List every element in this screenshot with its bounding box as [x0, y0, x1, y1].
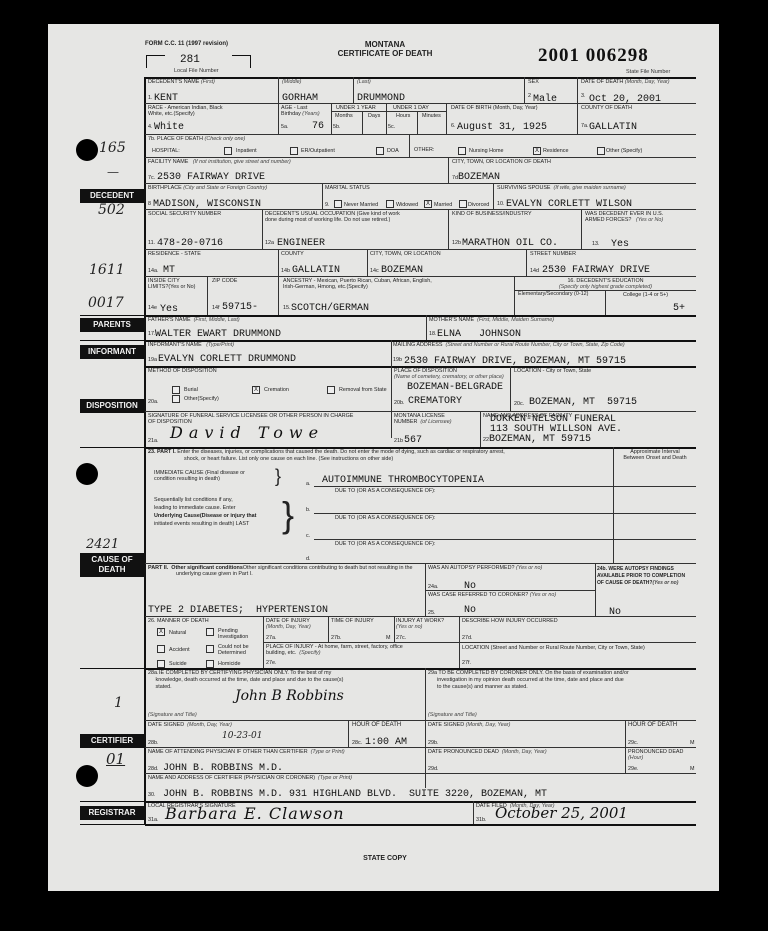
field-num: 28d. [148, 766, 159, 772]
undetermined-label: Could not be Determined [218, 644, 263, 656]
field-num: 31a. [148, 817, 159, 823]
margin-note: 1611 [89, 262, 125, 278]
field-num: 7c. [148, 175, 155, 181]
res-state-label: RESIDENCE - STATE [148, 251, 201, 257]
local-file-number: 281 [180, 55, 200, 66]
divider [145, 411, 696, 412]
field-num: 4. [148, 124, 153, 130]
undetermined-checkbox[interactable] [206, 645, 214, 653]
hours-label: Hours [396, 113, 410, 119]
field-num: 14f [212, 305, 220, 311]
res-street: 2530 FAIRWAY DRIVE [542, 265, 650, 276]
field-num: 1. [148, 95, 153, 101]
pending-label: Pending Investigation [218, 628, 263, 640]
city-of-death-label: CITY, TOWN, OR LOCATION OF DEATH [452, 159, 551, 165]
field-num: 29d. [428, 766, 439, 772]
divider [353, 77, 354, 103]
cremation-checkbox[interactable]: X [252, 386, 260, 394]
disposition-location-label: LOCATION - City or Town, State [514, 368, 591, 374]
field-num: 12b [452, 240, 461, 246]
inpatient-checkbox[interactable] [224, 147, 232, 155]
divider [331, 103, 332, 134]
divider [425, 590, 595, 591]
part1-text: shock, or heart failure. List only one c… [184, 456, 393, 462]
informant-name: EVALYN CORLETT DRUMMOND [158, 354, 296, 365]
divider [605, 290, 606, 315]
accident-label: Accident [169, 647, 190, 653]
state-name: MONTANA [345, 40, 425, 49]
sig-title-label: (Signature and Title) [148, 712, 197, 718]
decedent-age: 76 [312, 121, 324, 132]
ssn: 478-20-0716 [157, 238, 223, 249]
days-label: Days [368, 113, 380, 119]
widowed-checkbox[interactable] [386, 200, 394, 208]
other-label: OTHER: [414, 147, 434, 153]
divider [526, 249, 527, 276]
divider [278, 77, 279, 134]
field-num: 8 [148, 201, 151, 207]
brace-icon: } [275, 466, 281, 487]
divider [391, 340, 392, 366]
divider [480, 411, 481, 447]
local-file-bracket [232, 55, 251, 68]
facility-line-3: BOZEMAN, MT 59715 [489, 434, 591, 445]
part2-text: underlying cause given in Part I. [176, 571, 253, 577]
certifier-name-address: JOHN B. ROBBINS M.D. 931 HIGHLAND BLVD. … [163, 789, 547, 800]
burial-label: Burial [184, 387, 198, 393]
sex-label: SEX [528, 79, 539, 85]
section-tab-cause-of-death: CAUSE OF DEATH [80, 553, 144, 577]
divider [328, 616, 329, 642]
business: MARATHON OIL CO. [462, 238, 558, 249]
divider [348, 720, 349, 747]
facility-label: FACILITY NAME (If not institution, give … [148, 159, 291, 165]
res-county-label: COUNTY [281, 251, 304, 257]
section-tab-registrar: REGISTRAR [80, 806, 144, 820]
date-filed: October 25, 2001 [495, 804, 628, 822]
funeral-signature: David Towe [170, 423, 324, 442]
name-last-label: (Last) [357, 79, 371, 85]
field-num: M [690, 766, 695, 772]
field-num: 27c. [396, 635, 406, 641]
divider [145, 157, 696, 158]
immediate-cause-label: IMMEDIATE CAUSE (Final disease orconditi… [154, 470, 245, 482]
ancestry: SCOTCH/GERMAN [291, 303, 369, 314]
line-b-label: b. [306, 507, 311, 513]
field-num: 27d. [462, 635, 473, 641]
ancestry-label: ANCESTRY - Mexican, Puerto Rican, Cuban,… [283, 278, 432, 290]
line-a-label: a. [306, 481, 311, 487]
punch-hole [76, 765, 98, 787]
race-label: RACE - American Indian, BlackWhite, etc.… [148, 105, 223, 117]
accident-checkbox[interactable] [157, 645, 165, 653]
other-disposition-checkbox[interactable] [172, 395, 180, 403]
field-num: 5b. [333, 124, 341, 130]
res-city-label: CITY, TOWN, OR LOCATION [370, 251, 441, 257]
pronounced-hour-label: PRONOUNCED DEAD(Hour) [628, 749, 683, 761]
divider [613, 447, 614, 563]
form-id: FORM C.C. 11 (1997 revision) [145, 41, 228, 47]
divider [145, 824, 696, 826]
field-num: 27b. [331, 635, 342, 641]
occupation-label: DECEDENT'S USUAL OCCUPATION (Give kind o… [265, 211, 400, 223]
place-line-1: BOZEMAN-BELGRADE [407, 382, 503, 393]
res-county: GALLATIN [292, 265, 340, 276]
date-of-birth: August 31, 1925 [457, 122, 547, 133]
field-num: 27a. [266, 635, 277, 641]
section-tab-informant: INFORMANT [80, 345, 144, 359]
divider [391, 366, 392, 438]
physician-signature: John B Robbins [235, 688, 344, 704]
field-num: 14e [148, 305, 157, 311]
field-num: 13. [592, 241, 600, 247]
field-num: 14a. [148, 268, 159, 274]
spouse-label: SURVIVING SPOUSE (If wife, give maiden s… [497, 185, 626, 191]
state-copy-label: STATE COPY [345, 855, 425, 862]
field-num: 12a [265, 240, 274, 246]
disposition-location: BOZEMAN, MT 59715 [529, 397, 637, 408]
business-label: KIND OF BUSINESS/INDUSTRY [452, 211, 532, 217]
homicide-label: Homicide [218, 661, 240, 667]
res-zip: 59715- [222, 302, 258, 313]
mother-name: ELNA JOHNSON [437, 329, 521, 340]
divider [145, 183, 696, 184]
divider [524, 77, 525, 103]
decedent-race: White [154, 122, 184, 133]
divider [145, 103, 696, 104]
part1-title: 23. PART I. Enter the diseases, injuries… [148, 449, 505, 455]
divider [145, 563, 696, 564]
field-num: 3. [581, 93, 586, 99]
injury-time-label: TIME OF INJURY [331, 618, 374, 624]
college: 5+ [673, 303, 685, 314]
part2-value: TYPE 2 DIABETES; HYPERTENSION [148, 605, 328, 616]
state-file-number: 2001 006298 [538, 45, 649, 67]
divider [80, 340, 145, 341]
autopsy-label: WAS AN AUTOPSY PERFORMED? (Yes or no) [428, 565, 542, 571]
dod-label: DATE OF DEATH (Month, Day, Year) [581, 79, 670, 85]
zip-label: ZIP CODE [212, 278, 237, 284]
divider [417, 111, 418, 134]
license-number: 567 [404, 435, 422, 446]
field-num: 19a [148, 357, 157, 363]
divider [448, 209, 449, 249]
divider [145, 773, 696, 774]
margin-note: 1 [114, 695, 123, 711]
field-num: 7a. [581, 123, 589, 129]
coroner-referred-label: WAS CASE REFERRED TO CORONER? (Yes or no… [428, 592, 556, 598]
divider [409, 134, 410, 157]
section-tab-parents: PARENTS [80, 318, 144, 332]
other-disposition-label: Other(Specify) [184, 396, 219, 402]
divider [595, 563, 596, 616]
divider [145, 276, 696, 277]
county-label: COUNTY OF DEATH [581, 105, 632, 111]
divider [493, 183, 494, 209]
divider [262, 209, 263, 249]
margin-note: 01 [106, 750, 125, 768]
other-specify-label: Other (Specify) [606, 148, 642, 154]
college-label: College (1-4 or 5+) [623, 292, 668, 298]
res-city: BOZEMAN [381, 265, 423, 276]
divider [80, 668, 145, 669]
due-to-b: DUE TO (OR AS A CONSEQUENCE OF): [335, 515, 435, 521]
hour-of-death-label: HOUR OF DEATH [352, 722, 401, 728]
coroner-referred: No [464, 605, 476, 616]
pronounced-label: DATE PRONOUNCED DEAD (Month, Day, Year) [428, 749, 547, 755]
inside-city: Yes [160, 304, 178, 315]
divider [448, 157, 449, 183]
manner-label: 26. MANNER OF DEATH [148, 618, 209, 624]
removal-checkbox[interactable] [327, 386, 335, 394]
section-tab-disposition: DISPOSITION [80, 399, 144, 413]
field-num: 5c. [388, 124, 395, 130]
ssn-label: SOCIAL SECURITY NUMBER [148, 211, 221, 217]
field-num: M [386, 635, 391, 641]
divider [510, 366, 511, 411]
divider [145, 747, 696, 748]
divider [145, 720, 696, 721]
divider [145, 209, 696, 210]
removal-label: Removal from State [339, 387, 387, 393]
inside-city-label: INSIDE CITYLIMITS?(Yes or No) [148, 278, 195, 290]
minutes-label: Minutes [422, 113, 441, 119]
field-num: 20a. [148, 399, 159, 405]
field-num: 27e. [266, 660, 277, 666]
field-num: 21a. [148, 438, 159, 444]
field-num: 31b. [476, 817, 487, 823]
autopsy-findings-label: 24b. WERE AUTOPSY FINDINGSAVAILABLE PRIO… [597, 566, 685, 587]
inpatient-label: Inpatient [236, 148, 257, 154]
divider [322, 183, 323, 209]
natural-checkbox[interactable]: X [157, 628, 165, 636]
occupation: ENGINEER [277, 238, 325, 249]
cause-line-a: AUTOIMMUNE THROMBOCYTOPENIA [322, 475, 484, 486]
city-of-death: BOZEMAN [458, 172, 500, 183]
er-label: ER/Outpatient [301, 148, 335, 154]
residence-checkbox[interactable]: X [533, 147, 541, 155]
line-c-label: c. [306, 533, 310, 539]
facility-name: 2530 FAIRWAY DRIVE [157, 172, 265, 183]
street-label: STREET NUMBER [530, 251, 576, 257]
pending-checkbox[interactable] [206, 628, 214, 636]
place-line-2: CREMATORY [408, 396, 462, 407]
field-num: 15. [283, 305, 291, 311]
margin-note: 0017 [88, 295, 124, 311]
divider [80, 824, 145, 825]
name-middle-label: (Middle) [282, 79, 301, 85]
coroner-date-signed-label: DATE SIGNED (Month, Day, Year) [428, 722, 510, 728]
coroner-hour-label: HOUR OF DEATH [628, 722, 677, 728]
suicide-label: Suicide [169, 661, 187, 667]
field-num: 30. [148, 792, 156, 798]
injury-date-label: DATE OF INJURY(Month, Day, Year) [266, 618, 311, 630]
local-file-label: Local File Number [174, 68, 219, 74]
mother-label: MOTHER'S NAME (First, Middle, Maiden Sur… [429, 317, 554, 323]
res-state: MT [163, 265, 175, 276]
field-num: 5a. [281, 124, 289, 130]
form-title: CERTIFICATE OF DEATH [305, 49, 465, 58]
name-first-label: DECEDENT'S NAME (First) [148, 79, 215, 85]
divider [394, 616, 395, 642]
field-num: 29b. [428, 740, 439, 746]
field-num: 18. [429, 331, 437, 337]
divider [263, 642, 696, 643]
injury-place-label: PLACE OF INJURY - At home, farm, street,… [266, 644, 403, 656]
margin-note: 165 [99, 140, 126, 156]
attending-label: NAME OF ATTENDING PHYSICIAN IF OTHER THA… [148, 749, 345, 755]
never-married-label: Never Married [344, 202, 378, 208]
divider [278, 249, 279, 315]
date-signed-label: DATE SIGNED (Month, Day, Year) [148, 722, 232, 728]
field-num: 14c [370, 268, 379, 274]
punch-hole [76, 463, 98, 485]
section-tab-certifier: CERTIFIER [80, 734, 144, 748]
armed-forces-label: WAS DECEDENT EVER IN U.S.ARMED FORCES? (… [585, 211, 663, 223]
due-to-a: DUE TO (OR AS A CONSEQUENCE OF): [335, 488, 435, 494]
injury-desc-label: DESCRIBE HOW INJURY OCCURRED [462, 618, 558, 624]
divider [425, 668, 426, 788]
suicide-checkbox[interactable] [157, 660, 165, 668]
field-num: 28c. [352, 740, 362, 746]
field-num: 10. [497, 201, 505, 207]
sequential-label: Sequentially list conditions if any,lead… [154, 496, 256, 528]
injury-work-label: INJURY AT WORK?(Yes or no) [396, 618, 444, 630]
field-num: 28a. [148, 670, 159, 676]
divider [367, 249, 368, 276]
field-num: 29c. [628, 740, 638, 746]
informant-label: INFORMANT'S NAME (Type/Print) [148, 342, 234, 348]
doa-checkbox[interactable] [376, 147, 384, 155]
burial-checkbox[interactable] [172, 386, 180, 394]
county-of-death: GALLATIN [589, 122, 637, 133]
date-signed: 10-23-01 [222, 731, 262, 741]
divider [80, 447, 145, 448]
field-num: M [690, 740, 695, 746]
field-num: 19b [393, 357, 402, 363]
due-to-c: DUE TO (OR AS A CONSEQUENCE OF): [335, 541, 435, 547]
divorced-checkbox[interactable] [459, 200, 467, 208]
field-num: 9. [325, 202, 330, 208]
divider [581, 209, 582, 249]
margin-note: — [107, 165, 119, 179]
local-file-bracket [146, 55, 165, 68]
registrar-signature: Barbara E. Clawson [165, 804, 345, 823]
field-num: 20c. [514, 401, 524, 407]
divider [386, 103, 387, 134]
months-label: Months [335, 113, 353, 119]
field-num: 20b. [394, 400, 405, 406]
nursing-home-label: Nursing Home [469, 148, 503, 154]
cremation-label: Cremation [264, 387, 289, 393]
field-num: 29e. [628, 766, 639, 772]
field-num: 14d [530, 268, 539, 274]
divorced-label: Divorced [468, 202, 489, 208]
line-c-underline [314, 539, 696, 540]
dob-label: DATE OF BIRTH (Month, Day, Year) [451, 105, 538, 111]
license-label: MONTANA LICENSENUMBER (of Licensee) [394, 413, 452, 425]
natural-label: Natural [169, 630, 186, 636]
divider [145, 249, 696, 250]
injury-location-label: LOCATION (Street and Number or Rural Rou… [462, 645, 645, 651]
line-d-label: d. [306, 556, 311, 562]
divider [426, 315, 427, 340]
married-label: Married [434, 202, 452, 208]
divider [80, 801, 145, 802]
divider [145, 616, 696, 617]
field-num: 28b. [148, 740, 159, 746]
divider [331, 111, 446, 112]
doa-label: DOA [387, 148, 399, 154]
divider [80, 315, 145, 316]
margin-note: 2421 [86, 537, 119, 552]
nursing-home-checkbox[interactable] [458, 147, 466, 155]
punch-hole [76, 139, 98, 161]
margin-note: 502 [98, 202, 125, 218]
er-checkbox[interactable] [290, 147, 298, 155]
field-num: 11. [148, 240, 155, 246]
divider [446, 103, 447, 134]
divider [577, 77, 578, 134]
field-num: 27f. [462, 660, 471, 666]
never-married-checkbox[interactable] [334, 200, 342, 208]
place-label: 7b. PLACE OF DEATH (Check only one) [148, 136, 245, 142]
place-of-disposition-hint: (Name of cemetery, crematory, or other p… [394, 374, 504, 380]
certifier-label: NAME AND ADDRESS OF CERTIFIER (PHYSICIAN… [148, 775, 352, 781]
coroner-cert-label: 29a TO BE COMPLETED BY CORONER ONLY. On … [428, 670, 629, 691]
section-tab-decedent: DECEDENT [80, 189, 144, 203]
father-label: FATHER'S NAME (First, Middle, Last) [148, 317, 240, 323]
divider [473, 801, 474, 824]
married-checkbox[interactable]: X [424, 200, 432, 208]
divider [362, 111, 363, 134]
form-left-border [144, 77, 146, 824]
field-num: 14b [281, 268, 290, 274]
father-name: WALTER EWART DRUMMOND [155, 329, 281, 340]
method-label: METHOD OF DISPOSITION [148, 368, 217, 374]
state-file-label: State File Number [626, 69, 670, 75]
interval-label: Approximate IntervalBetween Onset and De… [614, 449, 696, 461]
field-num: 2 [528, 93, 531, 99]
age-label: AGE - LastBirthday (Years) [281, 105, 320, 117]
mailing-address-label: MAILING ADDRESS (Street and Number or Ru… [393, 342, 625, 348]
homicide-checkbox[interactable] [206, 660, 214, 668]
residence-label: Residence [543, 148, 568, 154]
divider [145, 134, 696, 135]
hospital-label: HOSPITAL: [152, 148, 180, 154]
marital-label: MARITAL STATUS [325, 185, 370, 191]
widowed-label: Widowed [396, 202, 418, 208]
divider [207, 276, 208, 315]
line-a-underline [314, 486, 696, 487]
other-specify-checkbox[interactable] [597, 147, 605, 155]
line-b-underline [314, 513, 696, 514]
birthplace-label: BIRTHPLACE (City and State or Foreign Co… [148, 185, 267, 191]
field-num: 21b [394, 438, 403, 444]
elementary-label: Elementary/Secondary (0-12) [518, 291, 588, 297]
field-num: 6. [451, 123, 456, 129]
brace-icon: } [282, 497, 294, 533]
coroner-sig-title-label: (Signature and Title) [428, 712, 477, 718]
